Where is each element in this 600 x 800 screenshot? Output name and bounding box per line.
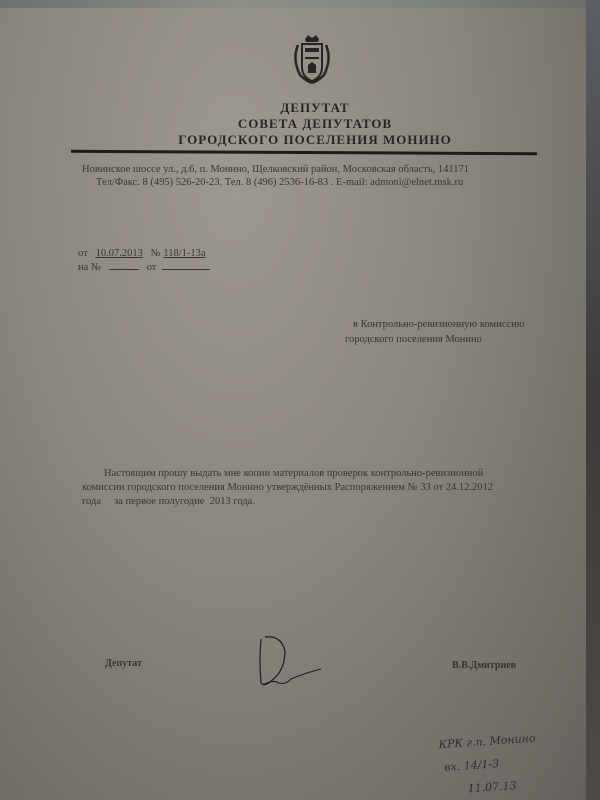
body-line-2: комиссии городского поселения Монино утв… bbox=[82, 481, 580, 495]
letter-number: 118/1-13а bbox=[163, 248, 205, 259]
number-label: № bbox=[151, 248, 161, 259]
signatory-name: В.В.Дмитриев bbox=[452, 660, 516, 671]
header-divider bbox=[71, 150, 537, 155]
background-right bbox=[586, 0, 600, 800]
addressee-block: в Контрольно-ревизионную комиссию городс… bbox=[345, 317, 525, 347]
addressee-line-2: городского поселения Монино bbox=[345, 334, 482, 345]
header-line-3: ГОРОДСКОГО ПОСЕЛЕНИЯ МОНИНО bbox=[150, 132, 480, 148]
reply-date-blank bbox=[162, 260, 210, 270]
reply-from-label: от bbox=[147, 262, 157, 273]
letter-date: 10.07.2013 bbox=[96, 248, 143, 259]
body-line-3: года за первое полугодие 2013 года. bbox=[82, 495, 580, 509]
contacts-line: Тел/Факс. 8 (495) 526-20-23. Тел. 8 (496… bbox=[82, 176, 542, 189]
reply-number-blank bbox=[109, 260, 139, 270]
reply-label: на № bbox=[78, 262, 101, 273]
header-line-2: СОВЕТА ДЕПУТАТОВ bbox=[150, 116, 480, 132]
signatory-position: Депутат bbox=[105, 658, 142, 669]
letter-body: Настоящим прошу выдать мне копии материа… bbox=[90, 467, 580, 509]
body-line-1: Настоящим прошу выдать мне копии материа… bbox=[90, 467, 580, 481]
letterhead-title: ДЕПУТАТ СОВЕТА ДЕПУТАТОВ ГОРОДСКОГО ПОСЕ… bbox=[150, 100, 480, 148]
handwritten-signature bbox=[255, 631, 335, 691]
outgoing-reference: от 10.07.2013 № 118/1-13а на № от bbox=[78, 247, 210, 274]
registration-stamp-handwritten: КРК г.п. Монино вх. 14/1-3 11.07.13 bbox=[438, 723, 592, 800]
addressee-line-1: в Контрольно-ревизионную комиссию bbox=[345, 317, 525, 332]
address-line: Новинское шоссе ул., д.6, п. Монино, Щел… bbox=[82, 163, 542, 176]
letterhead-address: Новинское шоссе ул., д.6, п. Монино, Щел… bbox=[82, 163, 542, 189]
from-label: от bbox=[78, 248, 88, 259]
coat-of-arms-icon bbox=[288, 33, 336, 85]
header-line-1: ДЕПУТАТ bbox=[150, 100, 480, 116]
document-page: ДЕПУТАТ СОВЕТА ДЕПУТАТОВ ГОРОДСКОГО ПОСЕ… bbox=[0, 8, 588, 800]
